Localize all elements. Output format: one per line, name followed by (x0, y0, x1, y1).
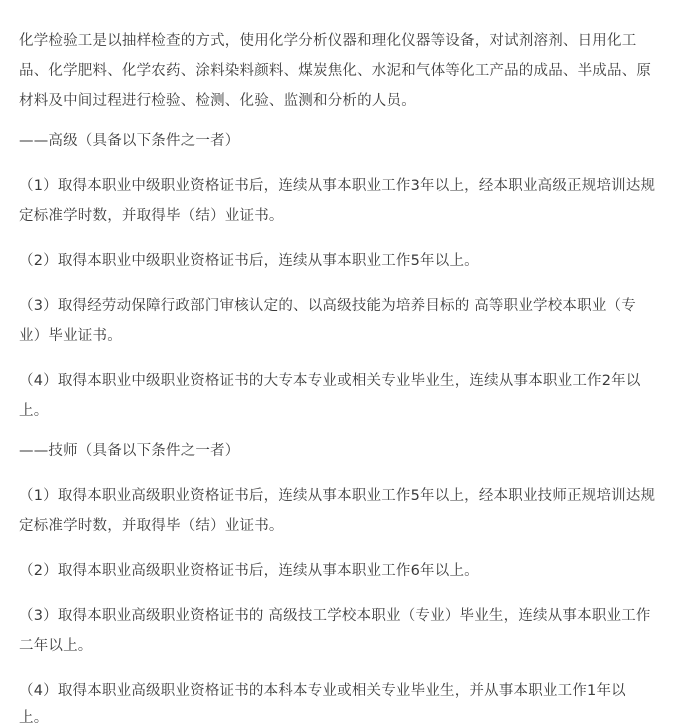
text-line: 品、化学肥料、化学农药、涂料染料颜料、煤炭焦化、水泥和气体等化工产品的成品、半成… (19, 61, 651, 81)
text-line: （2）取得本职业中级职业资格证书后，连续从事本职业工作5年以上。 (19, 251, 479, 271)
text-line: （1）取得本职业中级职业资格证书后，连续从事本职业工作3年以上，经本职业高级正规… (19, 176, 655, 196)
text-line: 上。 (19, 708, 48, 724)
text-line: （1）取得本职业高级职业资格证书后，连续从事本职业工作5年以上，经本职业技师正规… (19, 486, 655, 506)
text-line: 定标准学时数，并取得毕（结）业证书。 (19, 206, 284, 226)
text-line: 上。 (19, 401, 48, 421)
text-line: （4）取得本职业中级职业资格证书的大专本专业或相关专业毕业生，连续从事本职业工作… (19, 371, 641, 391)
text-line: （4）取得本职业高级职业资格证书的本科本专业或相关专业毕业生，并从事本职业工作1… (19, 681, 626, 701)
text-line: 业）毕业证书。 (19, 326, 122, 346)
text-line: 二年以上。 (19, 636, 93, 656)
text-line: （3）取得本职业高级职业资格证书的 高级技工学校本职业（专业）毕业生，连续从事本… (19, 606, 651, 626)
text-line: 材料及中间过程进行检验、检测、化验、监测和分析的人员。 (19, 91, 416, 111)
text-line: （3）取得经劳动保障行政部门审核认定的、以高级技能为培养目标的 高等职业学校本职… (19, 296, 636, 316)
section-heading: ——高级（具备以下条件之一者） (19, 131, 240, 151)
article: 化学检验工是以抽样检查的方式，使用化学分析仪器和理化仪器等设备，对试剂溶剂、日用… (0, 0, 680, 724)
section-heading: ——技师（具备以下条件之一者） (19, 441, 240, 461)
text-line: （2）取得本职业高级职业资格证书后，连续从事本职业工作6年以上。 (19, 561, 479, 581)
text-line: 化学检验工是以抽样检查的方式，使用化学分析仪器和理化仪器等设备，对试剂溶剂、日用… (19, 31, 636, 51)
text-line: 定标准学时数，并取得毕（结）业证书。 (19, 516, 284, 536)
